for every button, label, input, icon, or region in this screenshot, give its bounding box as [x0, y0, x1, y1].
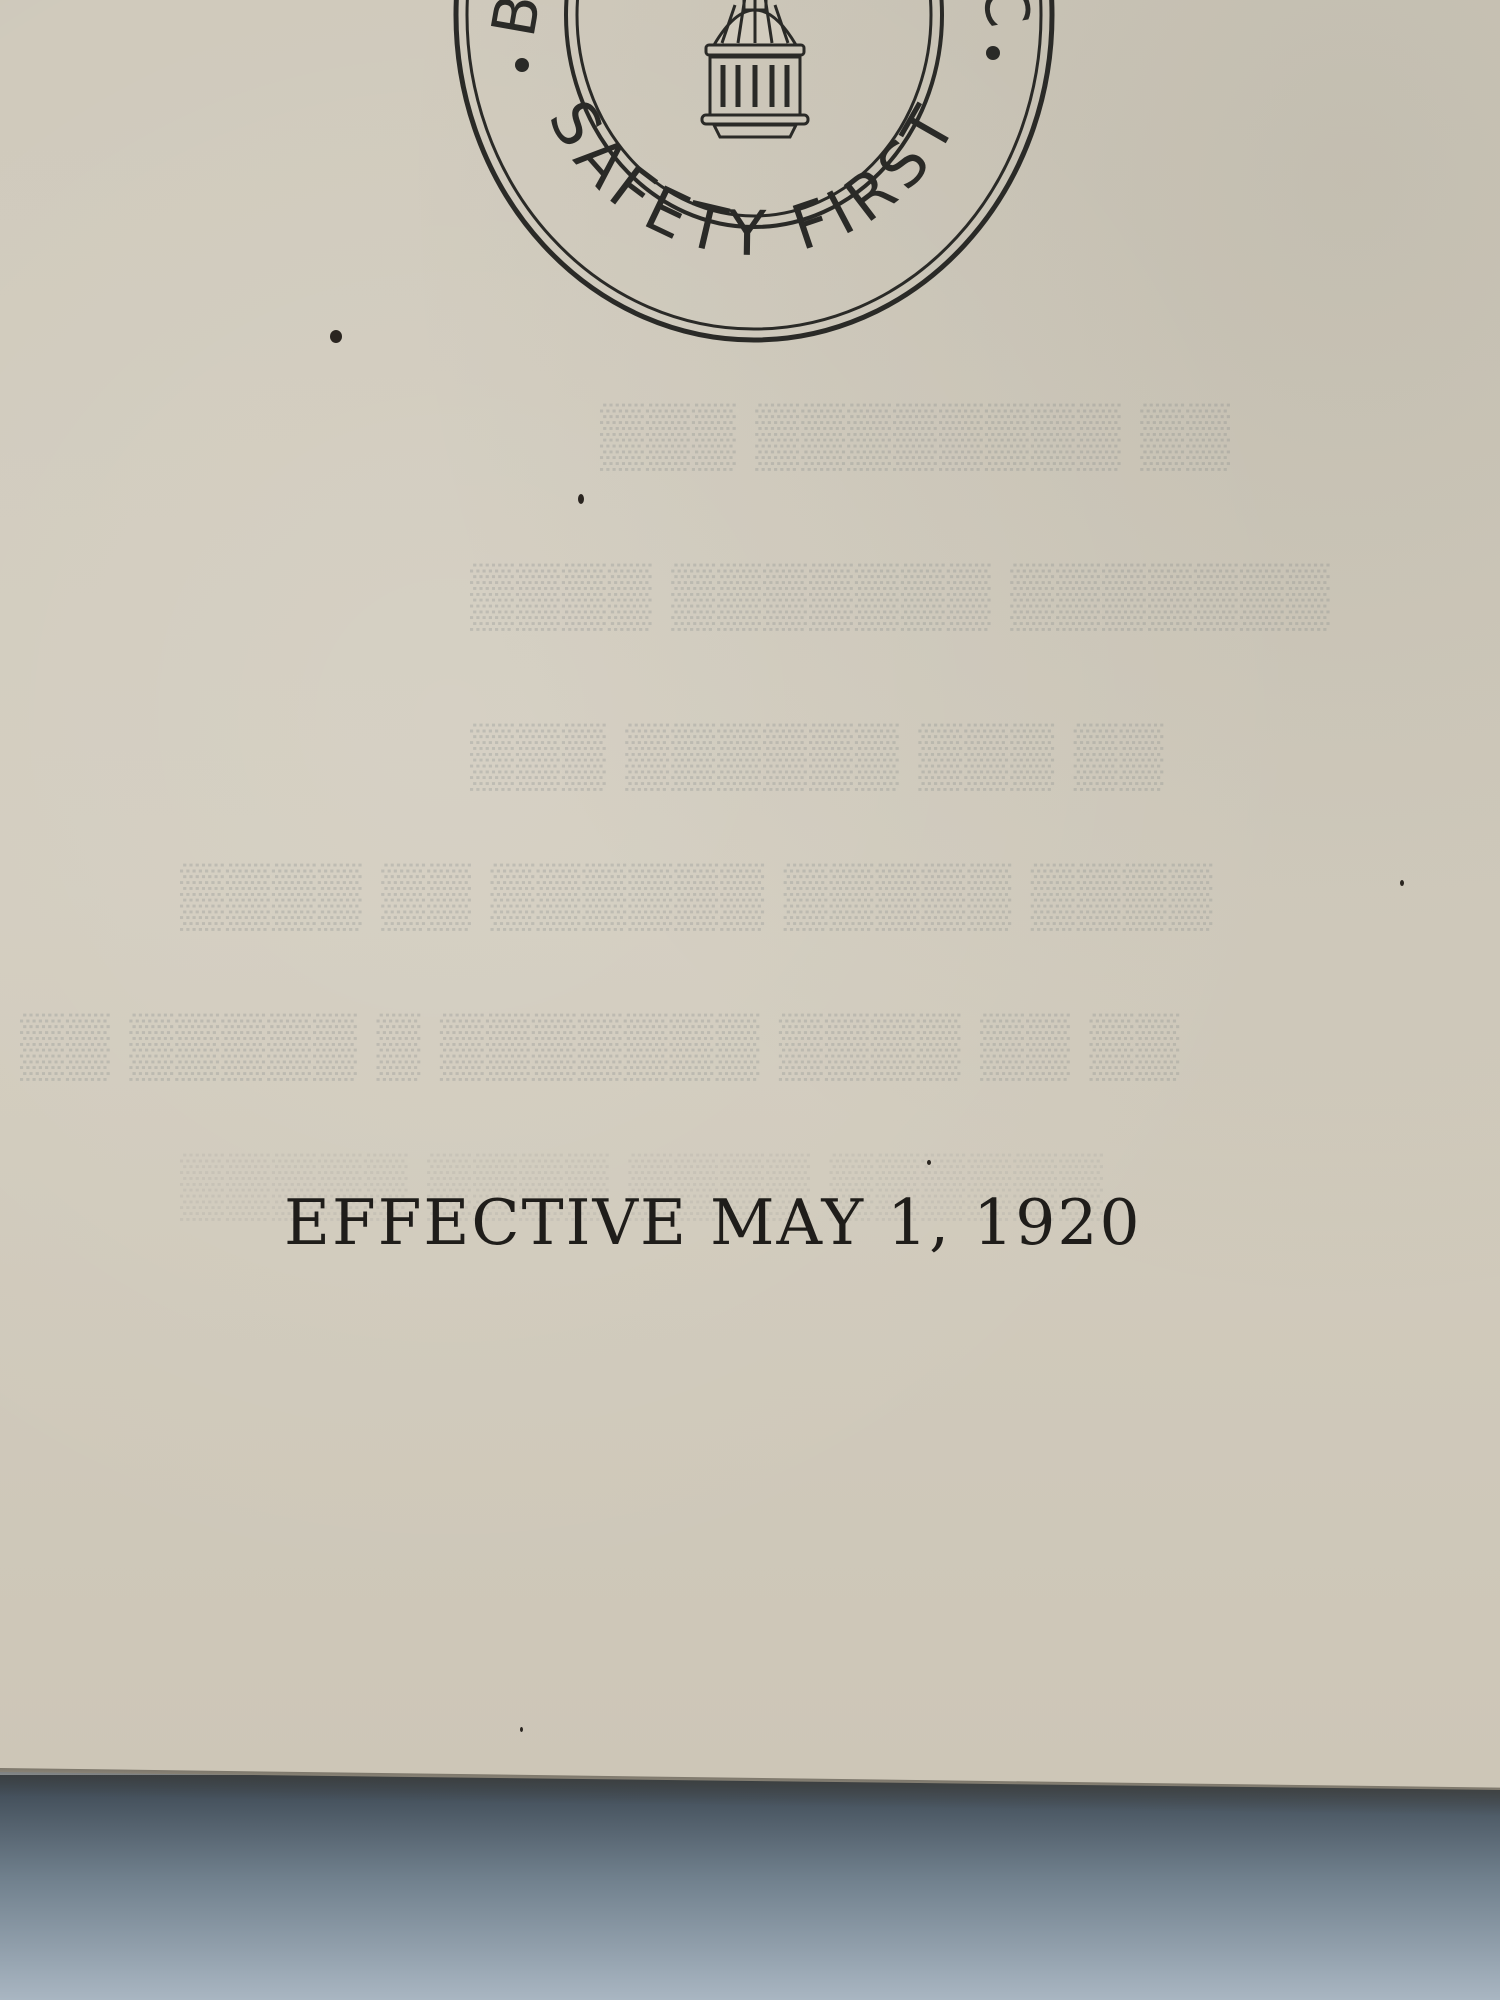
paper-speck [927, 1160, 931, 1165]
svg-text:B: B [479, 0, 555, 42]
safety-first-seal: SAFETY FIRST B C [452, 0, 1057, 345]
paper-speck [520, 1727, 523, 1732]
document-page: SAFETY FIRST B C ▒▒▒ ▒▒▒▒▒▒▒▒ ▒▒ ▒▒▒▒ ▒▒… [0, 0, 1500, 1790]
paper-speck [1400, 880, 1404, 886]
bleed-through-text: ▒▒ ▒▒▒▒▒ ▒ ▒▒▒▒▒▒▒ ▒▒▒▒ ▒▒ ▒▒ [20, 1010, 1181, 1081]
svg-text:C: C [967, 0, 1043, 32]
bleed-through-text: ▒▒▒ ▒▒▒▒▒▒ ▒▒▒ ▒▒ [470, 720, 1165, 791]
paper-speck [330, 330, 342, 343]
effective-date-line: EFFECTIVE MAY 1, 1920 [284, 1186, 1284, 1259]
paper-speck [578, 494, 584, 504]
capitol-dome-icon [702, 0, 808, 137]
bleed-through-text: ▒▒▒▒ ▒▒ ▒▒▒▒▒▒ ▒▒▒▒▒ ▒▒▒▒ [180, 860, 1214, 931]
bleed-through-text: ▒▒▒▒ ▒▒▒▒▒▒▒ ▒▒▒▒▒▒▒ [470, 560, 1332, 631]
bleed-through-text: ▒▒▒ ▒▒▒▒▒▒▒▒ ▒▒ [600, 400, 1232, 471]
